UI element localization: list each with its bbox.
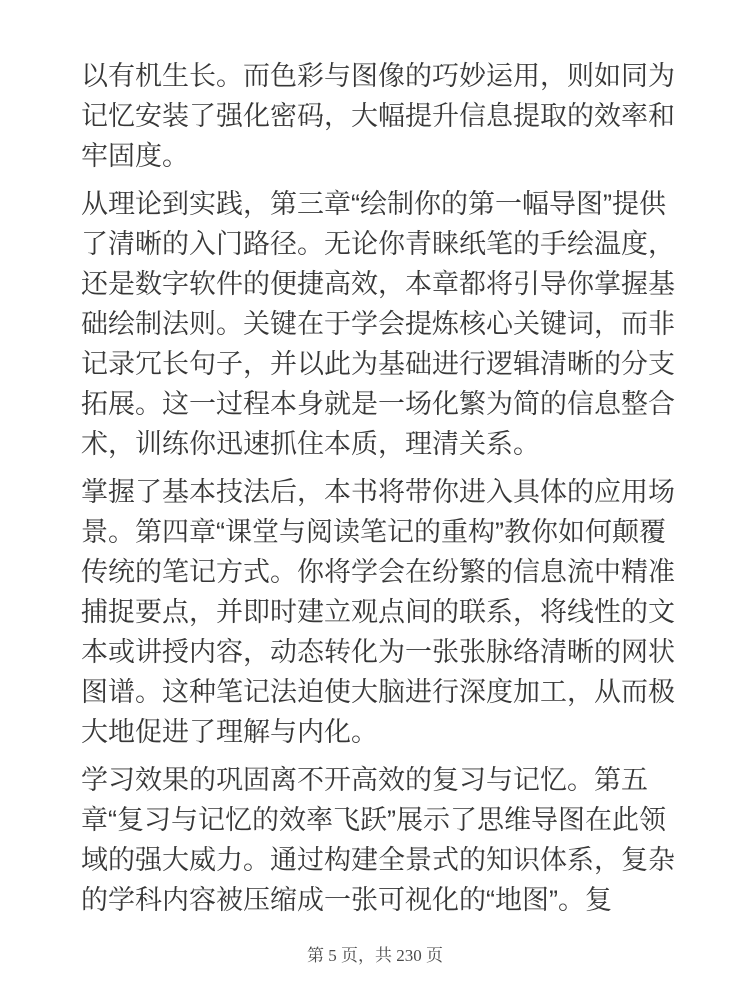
paragraph: 以有机生长。而色彩与图像的巧妙运用，则如同为记忆安装了强化密码，大幅提升信息提取… (81, 56, 675, 176)
page-indicator: 第 5 页，共 230 页 (0, 944, 750, 968)
paragraph: 掌握了基本技法后，本书将带你进入具体的应用场景。第四章“课堂与阅读笔记的重构”教… (81, 472, 675, 752)
document-body: 以有机生长。而色彩与图像的巧妙运用，则如同为记忆安装了强化密码，大幅提升信息提取… (81, 56, 675, 928)
document-page: 以有机生长。而色彩与图像的巧妙运用，则如同为记忆安装了强化密码，大幅提升信息提取… (0, 0, 750, 1000)
paragraph: 从理论到实践，第三章“绘制你的第一幅导图”提供了清晰的入门路径。无论你青睐纸笔的… (81, 184, 675, 464)
paragraph: 学习效果的巩固离不开高效的复习与记忆。第五章“复习与记忆的效率飞跃”展示了思维导… (81, 760, 675, 920)
